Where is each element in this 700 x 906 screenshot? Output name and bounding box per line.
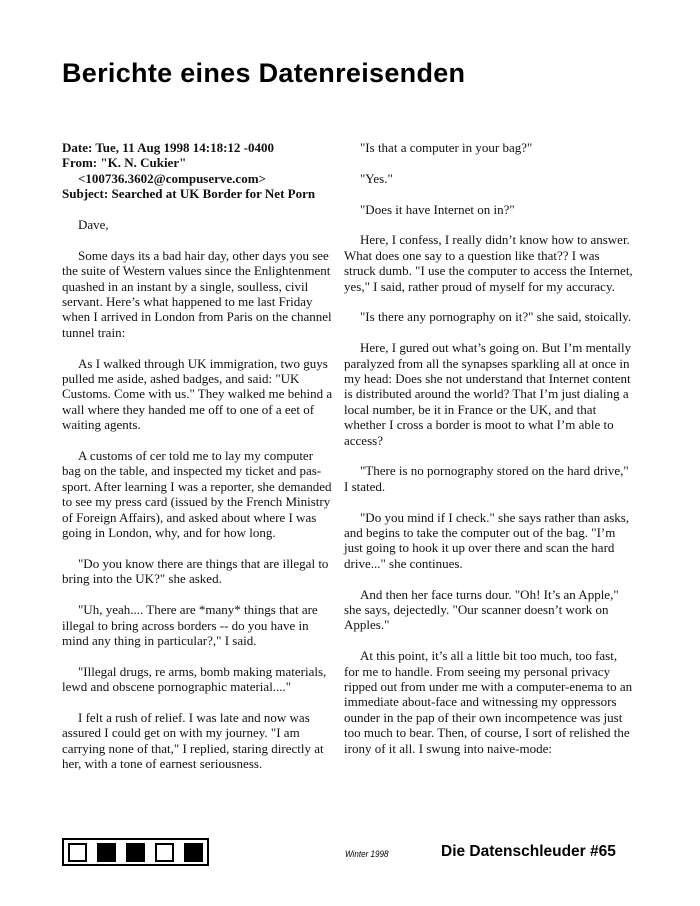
email-header: Date: Tue, 11 Aug 1998 14:18:12 -0400 Fr… (62, 140, 334, 202)
left-column: Date: Tue, 11 Aug 1998 14:18:12 -0400 Fr… (62, 140, 334, 787)
paragraph: As I walked through UK immigration, two … (62, 356, 334, 433)
paragraph: A customs of cer told me to lay my compu… (62, 448, 334, 540)
email-subject: Subject: Searched at UK Border for Net P… (62, 186, 334, 201)
paragraph: "Illegal drugs, re arms, bomb making mat… (62, 664, 334, 695)
publication-name: Die Datenschleuder #65 (441, 843, 616, 861)
paragraph: I felt a rush of relief. I was late and … (62, 710, 334, 772)
paragraph: "Yes." (344, 171, 634, 186)
paragraph: "Is that a computer in your bag?" (344, 140, 634, 155)
paragraph: "There is no pornography stored on the h… (344, 463, 634, 494)
filled-square-icon (184, 843, 203, 862)
paragraph: Here, I confess, I really didn’t know ho… (344, 232, 634, 294)
paragraph: "Do you know there are things that are i… (62, 556, 334, 587)
email-from: From: "K. N. Cukier" (62, 155, 334, 170)
paragraph: "Uh, yeah.... There are *many* things th… (62, 602, 334, 648)
paragraph: At this point, it’s all a little bit too… (344, 648, 634, 756)
salutation: Dave, (62, 217, 334, 232)
paragraph: Here, I gured out what’s going on. But I… (344, 340, 634, 448)
filled-square-icon (97, 843, 116, 862)
paragraph: "Do you mind if I check." she says rathe… (344, 510, 634, 572)
issue-date: Winter 1998 (345, 849, 388, 860)
email-from-address: <100736.3602@compuserve.com> (62, 171, 334, 186)
right-column: "Is that a computer in your bag?" "Yes."… (344, 140, 634, 772)
empty-square-icon (68, 843, 87, 862)
email-date: Date: Tue, 11 Aug 1998 14:18:12 -0400 (62, 140, 334, 155)
filled-square-icon (126, 843, 145, 862)
paragraph: And then her face turns dour. "Oh! It’s … (344, 587, 634, 633)
paragraph: "Is there any pornography on it?" she sa… (344, 309, 634, 324)
empty-square-icon (155, 843, 174, 862)
article-title: Berichte eines Datenreisenden (62, 58, 465, 89)
paragraph: Some days its a bad hair day, other days… (62, 248, 334, 340)
paragraph: "Does it have Internet on in?" (344, 202, 634, 217)
footer-box-logo (62, 838, 209, 866)
